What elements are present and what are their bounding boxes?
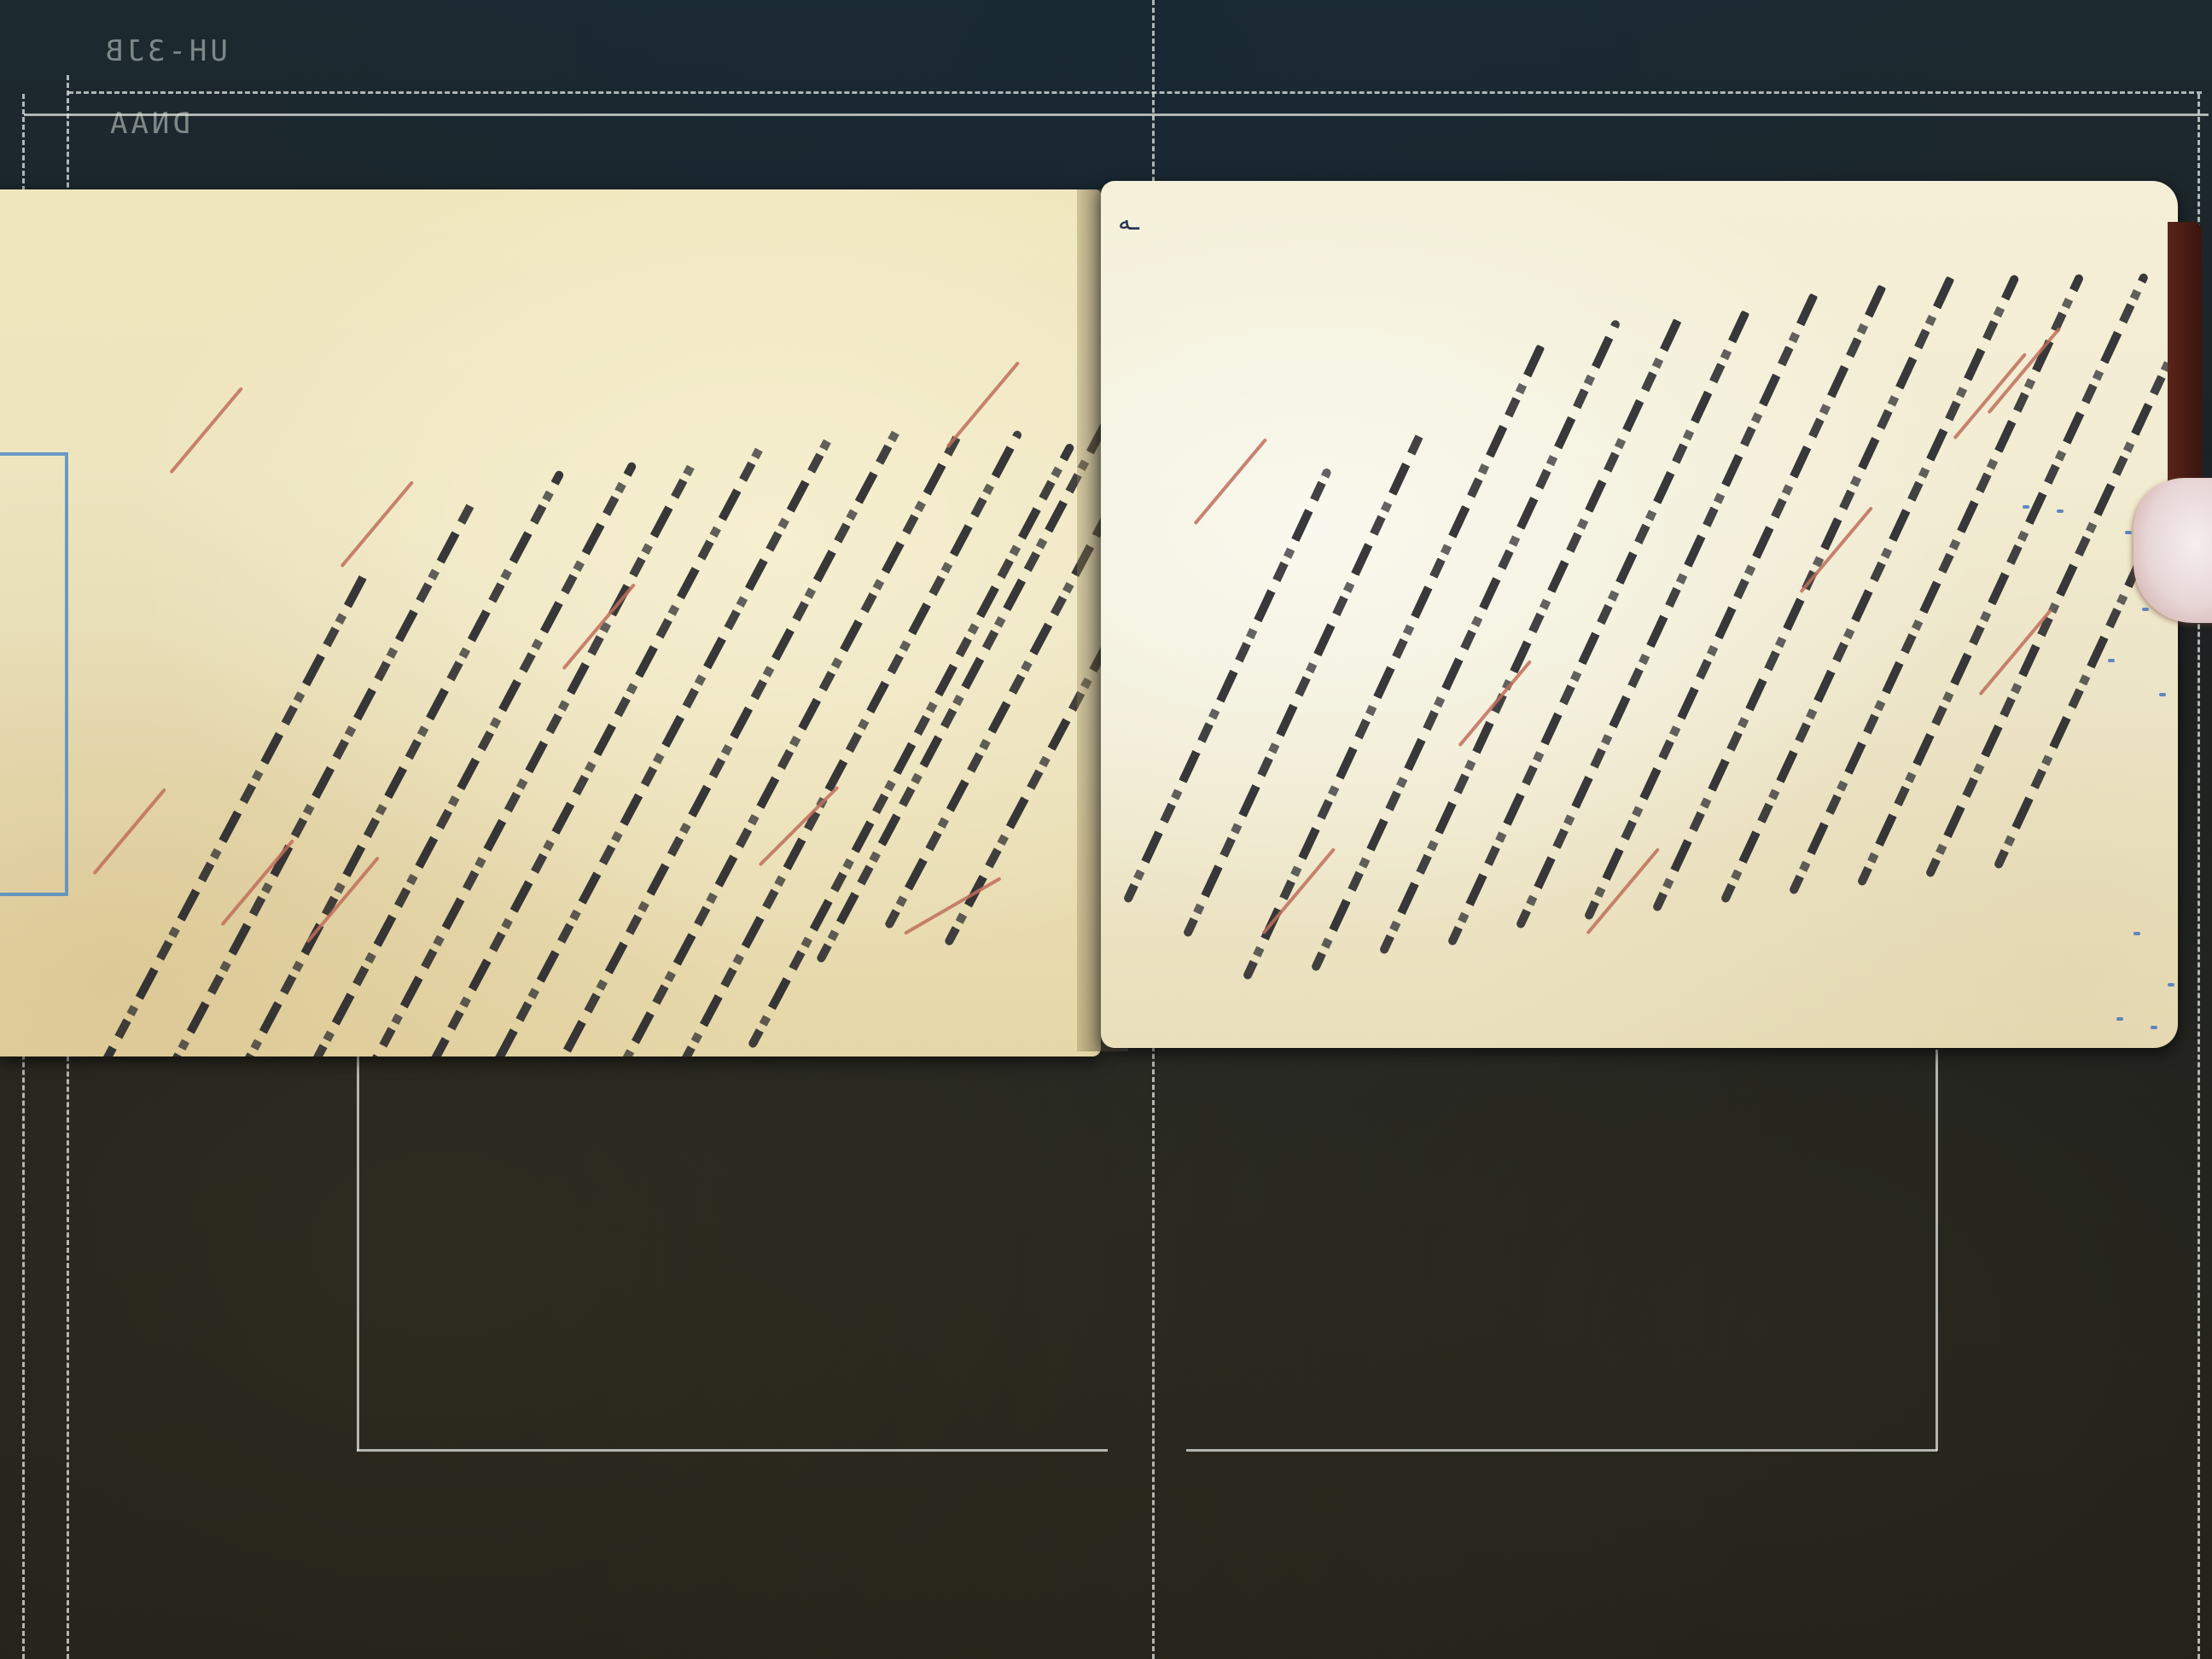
text-line bbox=[1583, 283, 1887, 921]
guide-rect-left bbox=[357, 1050, 359, 1451]
text-line bbox=[270, 461, 637, 1057]
text-line bbox=[1447, 309, 1750, 946]
margin-note: ـه bbox=[1118, 207, 1169, 222]
text-line bbox=[197, 469, 565, 1057]
guide-line-top-1 bbox=[68, 91, 2202, 94]
guide-rect-bottom-left bbox=[357, 1449, 1108, 1452]
board-label-top: UH-3JB bbox=[102, 34, 228, 68]
manuscript-left-page bbox=[0, 189, 1101, 1057]
text-line bbox=[1310, 319, 1621, 973]
text-line bbox=[1378, 310, 1685, 955]
guide-rect-right bbox=[1935, 1050, 1938, 1451]
left-page-text bbox=[0, 189, 1101, 1057]
guide-line-top-2 bbox=[24, 114, 2209, 116]
blue-stamp-frame bbox=[0, 452, 68, 896]
guide-rect-bottom-right bbox=[1186, 1449, 1937, 1452]
text-line bbox=[1242, 343, 1545, 981]
manuscript-right-page: ـه bbox=[1101, 181, 2178, 1048]
text-line bbox=[1515, 292, 1819, 929]
text-line bbox=[1720, 274, 2019, 904]
text-line bbox=[1651, 275, 1955, 912]
board-label-lower: DNAA bbox=[107, 107, 190, 141]
